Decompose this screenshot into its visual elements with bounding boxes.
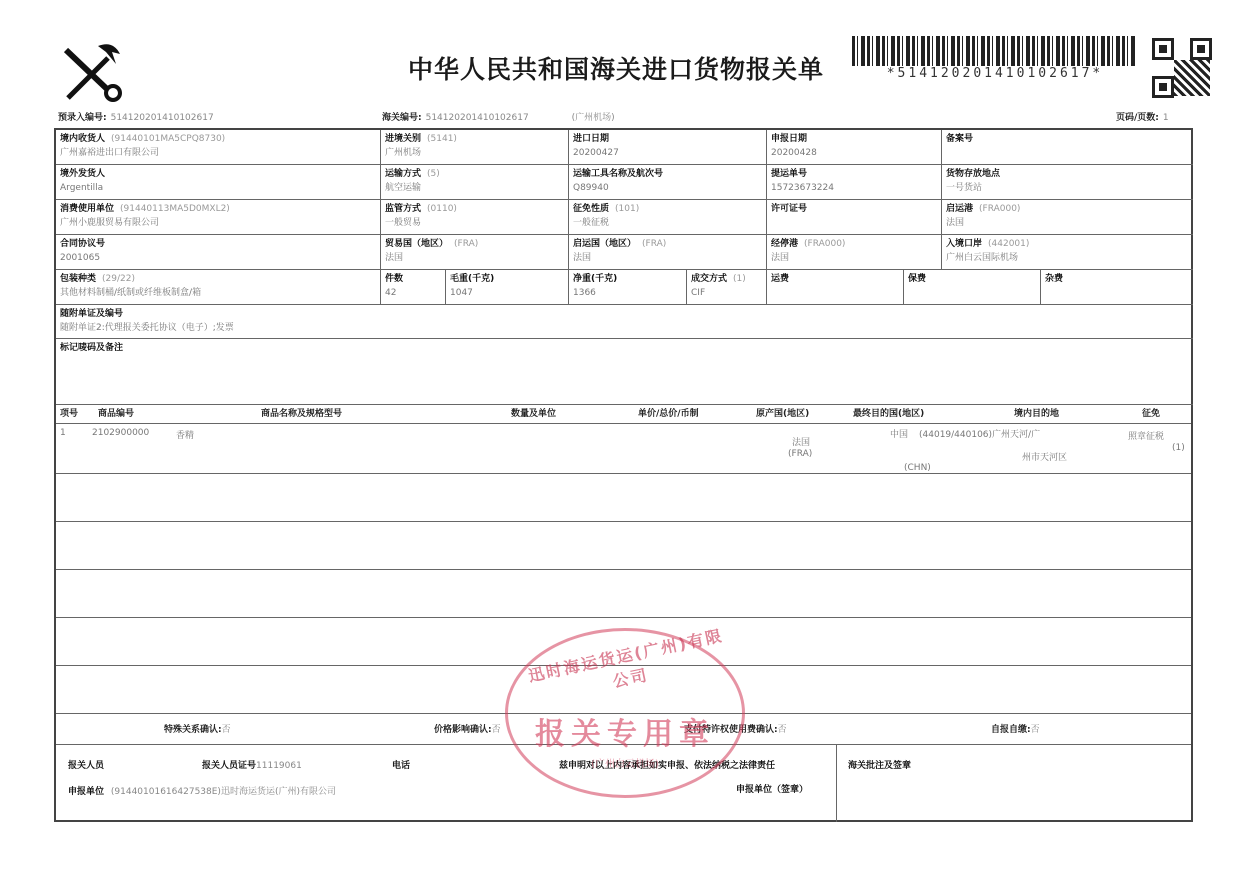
origin-country-field: 启运国（地区）(FRA) 法国 [569, 235, 767, 270]
levy-code: (1) [1172, 443, 1185, 453]
qr-code-icon [1152, 38, 1212, 98]
insurance-field: 保费 [904, 270, 1041, 305]
pre-entry-number: 预录入编号:514120201410102617 [58, 110, 214, 123]
marks-remarks-field: 标记唛码及备注 [56, 339, 1193, 405]
destination-country: 中国 [890, 427, 908, 440]
declare-date-field: 申报日期 20200428 [767, 130, 942, 165]
declare-unit: 申报单位 (91440101616427538E)迅时海运货运(广州)有限公司 [68, 784, 336, 797]
freight-field: 运费 [767, 270, 904, 305]
price-influence-confirm: 价格影响确认:否 [434, 722, 501, 735]
domestic-destination: (44019/440106)广州天河/广 [919, 427, 1040, 440]
item-no: 1 [60, 428, 66, 438]
trade-country-field: 贸易国（地区）(FRA) 法国 [381, 235, 569, 270]
phone-label: 电话 [392, 758, 410, 771]
col-domestic-dest: 境内目的地 [1014, 406, 1059, 419]
license-number-field: 许可证号 [767, 200, 942, 235]
domestic-destination-cont: 州市天河区 [1022, 450, 1067, 463]
col-levy: 征免 [1142, 406, 1160, 419]
transport-mode-field: 运输方式(5) 航空运输 [381, 165, 569, 200]
goods-location-field: 货物存放地点 一号货站 [942, 165, 1193, 200]
stamp-center-text: 报关专用章 [508, 709, 742, 753]
goods-name: 香精 [176, 428, 194, 441]
record-number-field: 备案号 [942, 130, 1193, 165]
contract-number-field: 合同协议号 2001065 [56, 235, 381, 270]
barcode-number: *514120201410102617* [850, 66, 1140, 81]
stamp-sub-text: (广州白云机场) [508, 755, 742, 770]
col-quantity: 数量及单位 [511, 406, 556, 419]
seal-label: 申报单位（签章） [736, 782, 808, 795]
declarant-cert: 报关人员证号11119061 [202, 758, 302, 771]
levy-mode: 照章征税 [1128, 429, 1164, 442]
package-count-field: 件数 42 [381, 270, 446, 305]
entry-customs-field: 进境关别(5141) 广州机场 [381, 130, 569, 165]
misc-fee-field: 杂费 [1041, 270, 1193, 305]
transport-name-field: 运输工具名称及航次号 Q89940 [569, 165, 767, 200]
origin-country: 法国 [792, 435, 810, 448]
consumer-unit-field: 消费使用单位(91440113MA5D0MXL2) 广州小鹿服贸易有限公司 [56, 200, 381, 235]
customs-emblem-icon [58, 38, 128, 104]
deal-mode-field: 成交方式(1) CIF [687, 270, 767, 305]
customs-remark-label: 海关批注及签章 [848, 758, 911, 771]
page-number: 页码/页数:1 [1116, 110, 1169, 123]
hs-code: 2102900000 [92, 428, 149, 438]
col-hs-code: 商品编号 [98, 406, 134, 419]
gross-weight-field: 毛重(千克) 1047 [446, 270, 569, 305]
customs-number: 海关编号:514120201410102617 (广州机场) [382, 110, 615, 123]
overseas-consignor-field: 境外发货人 Argentilla [56, 165, 381, 200]
declarant-label: 报关人员 [68, 758, 104, 771]
bill-number-field: 提运单号 15723673224 [767, 165, 942, 200]
col-origin: 原产国(地区) [756, 406, 809, 419]
levy-nature-field: 征免性质(101) 一般征税 [569, 200, 767, 235]
document-title: 中华人民共和国海关进口货物报关单 [408, 50, 824, 86]
origin-code: (FRA) [788, 449, 812, 459]
special-relation-confirm: 特殊关系确认:否 [164, 722, 231, 735]
import-date-field: 进口日期 20200427 [569, 130, 767, 165]
company-seal-stamp: 迅时海运货运(广州)有限公司 报关专用章 (广州白云机场) [505, 628, 745, 798]
destination-code: (CHN) [904, 463, 931, 473]
transit-port-field: 经停港(FRA000) 法国 [767, 235, 942, 270]
attached-docs-field: 随附单证及编号 随附单证2:代理报关委托协议（电子）;发票 [56, 305, 1193, 339]
supervision-mode-field: 监管方式(0110) 一般贸易 [381, 200, 569, 235]
self-report-confirm: 自报自缴:否 [991, 722, 1040, 735]
col-price: 单价/总价/币制 [638, 406, 699, 419]
package-type-field: 包装种类(29/22) 其他材料制桶/纸制或纤维板制盒/箱 [56, 270, 381, 305]
barcode-icon [852, 36, 1136, 66]
col-goods-name: 商品名称及规格型号 [261, 406, 342, 419]
net-weight-field: 净重(千克) 1366 [569, 270, 687, 305]
departure-port-field: 启运港(FRA000) 法国 [942, 200, 1193, 235]
col-destination: 最终目的国(地区) [853, 406, 924, 419]
entry-port-field: 入境口岸(442001) 广州白云国际机场 [942, 235, 1193, 270]
domestic-consignee-field: 境内收货人(91440101MA5CPQ8730) 广州嘉裕进出口有限公司 [56, 130, 381, 165]
col-item-no: 项号 [60, 406, 78, 419]
